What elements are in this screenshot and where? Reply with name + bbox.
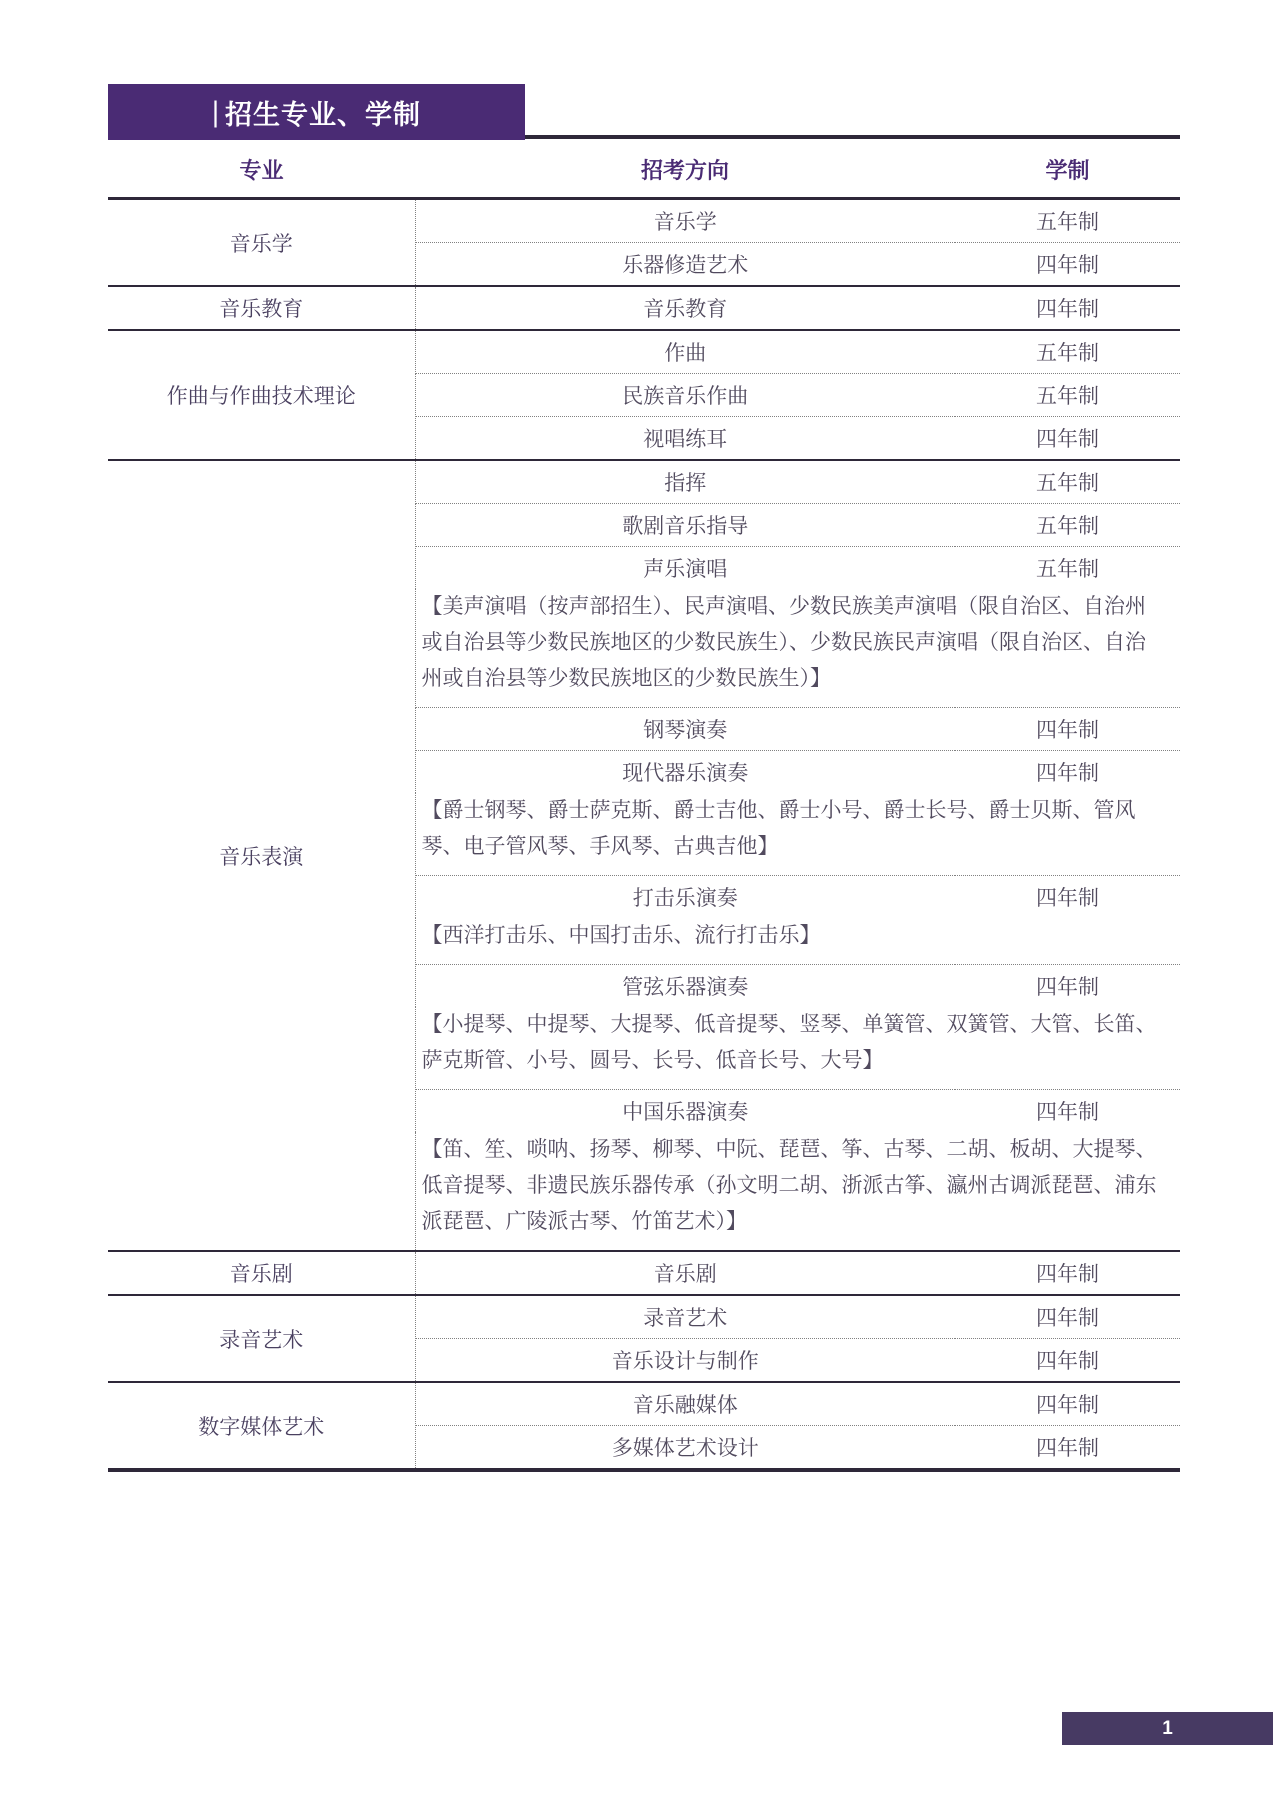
- section-title: 招生专业、学制: [225, 93, 421, 132]
- direction-cell: 音乐学: [415, 199, 955, 243]
- table-row: 音乐教育音乐教育四年制: [108, 286, 1180, 330]
- major-cell: 音乐表演: [108, 460, 415, 1251]
- admissions-table: 专业 招考方向 学制 音乐学音乐学五年制乐器修造艺术四年制音乐教育音乐教育四年制…: [108, 148, 1180, 1472]
- duration-cell: 四年制: [955, 1339, 1180, 1383]
- major-cell: 作曲与作曲技术理论: [108, 330, 415, 460]
- duration-cell: 五年制: [955, 374, 1180, 417]
- major-cell: 数字媒体艺术: [108, 1382, 415, 1470]
- duration-cell: 五年制: [955, 199, 1180, 243]
- duration-cell: 五年制: [955, 330, 1180, 374]
- document-page: | 招生专业、学制 专业 招考方向 学制 音乐学音乐学五年制乐器修造艺术四年制音…: [0, 0, 1280, 1809]
- table-row: 数字媒体艺术音乐融媒体四年制: [108, 1382, 1180, 1426]
- duration-cell: 四年制: [955, 1251, 1180, 1295]
- direction-cell: 民族音乐作曲: [415, 374, 955, 417]
- duration-cell: 四年制: [955, 876, 1180, 919]
- duration-cell: 四年制: [955, 708, 1180, 751]
- direction-cell: 指挥: [415, 460, 955, 504]
- table-row: 音乐剧音乐剧四年制: [108, 1251, 1180, 1295]
- direction-cell: 音乐设计与制作: [415, 1339, 955, 1383]
- major-cell: 音乐剧: [108, 1251, 415, 1295]
- table-row: 作曲与作曲技术理论作曲五年制: [108, 330, 1180, 374]
- duration-cell: 五年制: [955, 460, 1180, 504]
- direction-note: 【美声演唱（按声部招生）、民声演唱、少数民族美声演唱（限自治区、自治州或自治县等…: [415, 589, 1180, 708]
- column-header-duration: 学制: [955, 148, 1180, 199]
- direction-note: 【小提琴、中提琴、大提琴、低音提琴、竖琴、单簧管、双簧管、大管、长笛、萨克斯管、…: [415, 1007, 1180, 1090]
- direction-cell: 音乐融媒体: [415, 1382, 955, 1426]
- direction-note: 【笛、笙、唢呐、扬琴、柳琴、中阮、琵琶、筝、古琴、二胡、板胡、大提琴、低音提琴、…: [415, 1132, 1180, 1251]
- column-header-direction: 招考方向: [415, 148, 955, 199]
- direction-cell: 音乐剧: [415, 1251, 955, 1295]
- direction-cell: 乐器修造艺术: [415, 243, 955, 287]
- major-cell: 录音艺术: [108, 1295, 415, 1382]
- direction-cell: 多媒体艺术设计: [415, 1426, 955, 1471]
- direction-cell: 歌剧音乐指导: [415, 504, 955, 547]
- major-cell: 音乐学: [108, 199, 415, 287]
- table-row: 音乐表演指挥五年制: [108, 460, 1180, 504]
- direction-cell: 声乐演唱: [415, 547, 955, 590]
- duration-cell: 四年制: [955, 1426, 1180, 1471]
- duration-cell: 四年制: [955, 286, 1180, 330]
- table-row: 音乐学音乐学五年制: [108, 199, 1180, 243]
- table-header-row: 专业 招考方向 学制: [108, 148, 1180, 199]
- duration-cell: 五年制: [955, 547, 1180, 590]
- duration-cell: 四年制: [955, 1090, 1180, 1133]
- duration-cell: 四年制: [955, 965, 1180, 1008]
- direction-note: 【西洋打击乐、中国打击乐、流行打击乐】: [415, 918, 1180, 965]
- direction-cell: 打击乐演奏: [415, 876, 955, 919]
- section-header-banner: | 招生专业、学制: [108, 84, 525, 140]
- duration-cell: 四年制: [955, 243, 1180, 287]
- major-cell: 音乐教育: [108, 286, 415, 330]
- page-number: 1: [1162, 1718, 1173, 1740]
- duration-cell: 四年制: [955, 417, 1180, 461]
- direction-cell: 现代器乐演奏: [415, 751, 955, 794]
- direction-cell: 作曲: [415, 330, 955, 374]
- page-number-badge: 1: [1062, 1712, 1273, 1745]
- direction-cell: 录音艺术: [415, 1295, 955, 1339]
- column-header-major: 专业: [108, 148, 415, 199]
- direction-cell: 音乐教育: [415, 286, 955, 330]
- direction-cell: 中国乐器演奏: [415, 1090, 955, 1133]
- table-row: 录音艺术录音艺术四年制: [108, 1295, 1180, 1339]
- admissions-table-body: 音乐学音乐学五年制乐器修造艺术四年制音乐教育音乐教育四年制作曲与作曲技术理论作曲…: [108, 199, 1180, 1471]
- direction-note: 【爵士钢琴、爵士萨克斯、爵士吉他、爵士小号、爵士长号、爵士贝斯、管风琴、电子管风…: [415, 793, 1180, 876]
- duration-cell: 四年制: [955, 1295, 1180, 1339]
- title-bar-marker: |: [212, 96, 220, 129]
- direction-cell: 管弦乐器演奏: [415, 965, 955, 1008]
- direction-cell: 钢琴演奏: [415, 708, 955, 751]
- direction-cell: 视唱练耳: [415, 417, 955, 461]
- duration-cell: 四年制: [955, 751, 1180, 794]
- duration-cell: 四年制: [955, 1382, 1180, 1426]
- duration-cell: 五年制: [955, 504, 1180, 547]
